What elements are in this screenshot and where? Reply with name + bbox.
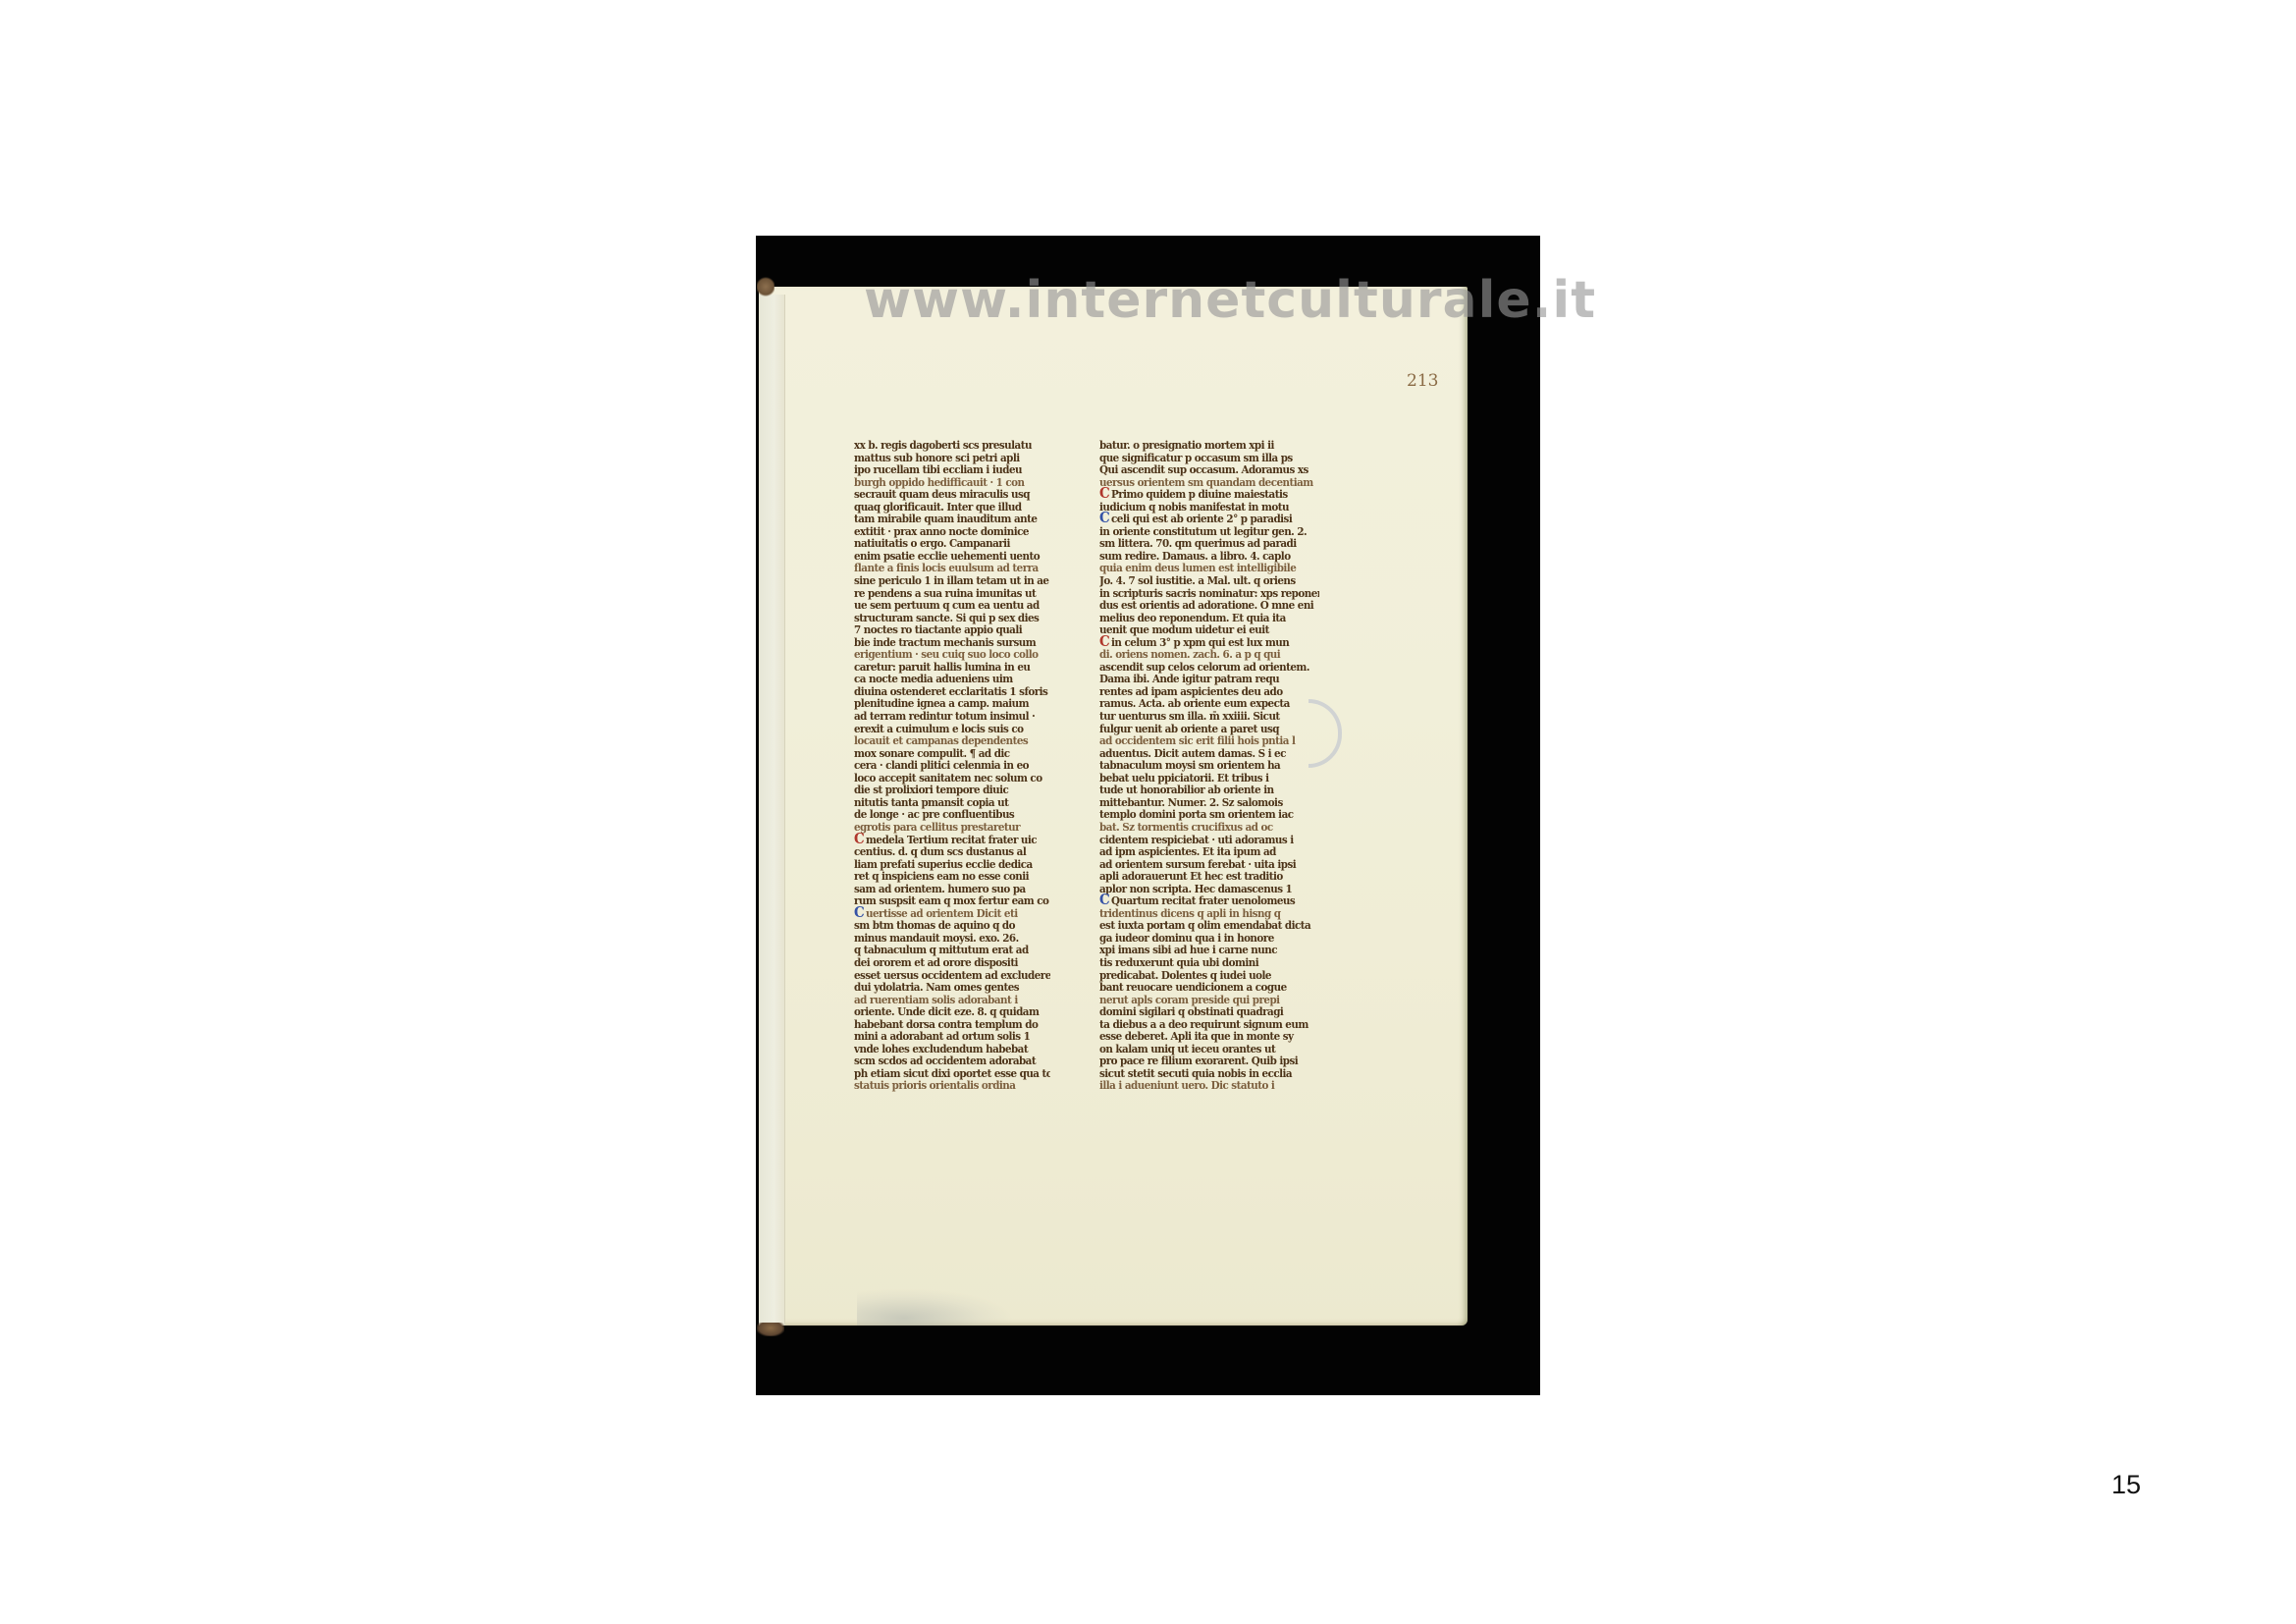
slide-page-number: 15: [2111, 1470, 2141, 1500]
folio-number: 213: [1407, 371, 1438, 391]
binding-tab-bottom: [757, 1323, 784, 1336]
manuscript-line: statuis prioris orientalis ordina: [854, 1079, 1031, 1092]
binding-gutter: [759, 295, 785, 1326]
manuscript-line: illa i adueniunt uero. Dic statuto i: [1099, 1079, 1298, 1092]
manuscript-line-text: statuis prioris orientalis ordina: [854, 1078, 1015, 1092]
manuscript-photo: 213 xx b. regis dagoberti scs presulatum…: [756, 236, 1540, 1395]
watermark: www.internetculturale.it: [864, 271, 1596, 330]
blue-paragraph-mark-icon: C: [854, 907, 864, 918]
red-paragraph-mark-icon: C: [1099, 636, 1109, 647]
text-column-left: xx b. regis dagoberti scs presulatumattu…: [854, 439, 1050, 1092]
red-paragraph-mark-icon: C: [854, 834, 864, 844]
manuscript-folio: 213 xx b. regis dagoberti scs presulatum…: [759, 287, 1468, 1326]
show-through-initial: [1308, 699, 1342, 768]
binding-tab-top: [757, 277, 774, 297]
blue-paragraph-mark-icon: C: [1099, 894, 1109, 905]
stain-mark: [857, 1288, 1014, 1326]
presentation-slide: 213 xx b. regis dagoberti scs presulatum…: [0, 0, 2296, 1624]
manuscript-line-text: illa i adueniunt uero. Dic statuto i: [1099, 1078, 1274, 1092]
blue-paragraph-mark-icon: C: [1099, 513, 1109, 523]
red-paragraph-mark-icon: C: [1099, 488, 1109, 499]
text-column-right: batur. o presignatio mortem xpi iique si…: [1099, 439, 1319, 1092]
